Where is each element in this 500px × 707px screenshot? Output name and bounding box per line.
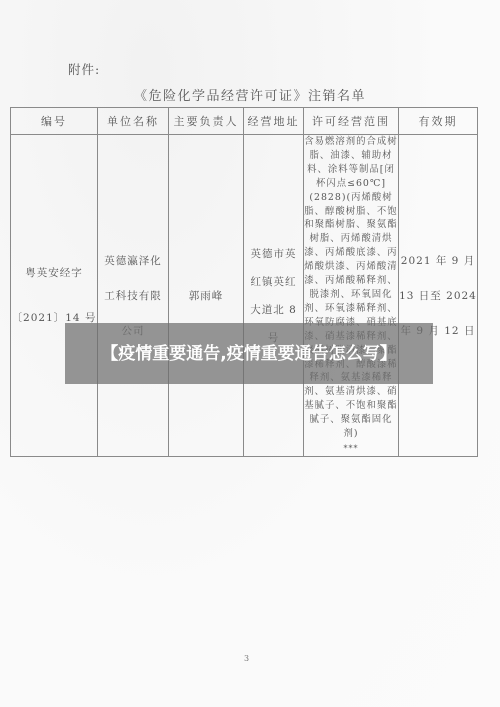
validity-line: 2021 年 9 月	[401, 253, 475, 268]
company-line: 工科技有限	[104, 288, 162, 303]
header-address: 经营地址	[244, 108, 304, 135]
address-line: 红镇英红	[251, 274, 297, 289]
header-number: 编号	[11, 108, 98, 135]
number-line: 粤英安经字	[25, 265, 83, 280]
revocation-list-table: 编号 单位名称 主要负责人 经营地址 许可经营范围 有效期 粤英安经字 〔202…	[10, 107, 478, 457]
validity-line: 13 日至 2024	[399, 288, 477, 303]
caption-overlay: 【疫情重要通告,疫情重要通告怎么写】	[65, 323, 433, 384]
header-validity: 有效期	[399, 108, 478, 135]
header-principal: 主要负责人	[169, 108, 244, 135]
scope-more: ***	[304, 442, 398, 456]
scope-text: 含易燃溶剂的合成树脂、油漆、辅助材料、涂料等制品[闭杯闪点≤60℃](2828)…	[304, 136, 397, 439]
company-line: 英德瀛泽化	[104, 253, 162, 268]
cell-address: 英德市英 红镇英红 大道北 8 号	[244, 135, 304, 457]
header-company: 单位名称	[98, 108, 169, 135]
table-header-row: 编号 单位名称 主要负责人 经营地址 许可经营范围 有效期	[11, 108, 478, 135]
cell-scope: 含易燃溶剂的合成树脂、油漆、辅助材料、涂料等制品[闭杯闪点≤60℃](2828)…	[304, 135, 399, 457]
document-title: 《危险化学品经营许可证》注销名单	[0, 85, 500, 104]
address-line: 大道北 8	[250, 302, 297, 317]
address-line: 英德市英	[251, 246, 297, 261]
attachment-label: 附件:	[68, 60, 100, 78]
cell-number: 粤英安经字 〔2021〕14 号	[11, 135, 98, 457]
cell-company: 英德瀛泽化 工科技有限 公司	[98, 135, 169, 457]
table-row: 粤英安经字 〔2021〕14 号 英德瀛泽化 工科技有限 公司 郭雨峰 英德市英	[11, 135, 478, 457]
page-number: 3	[244, 654, 249, 663]
cell-validity: 2021 年 9 月 13 日至 2024 年 9 月 12 日	[399, 135, 478, 457]
caption-text: 【疫情重要通告,疫情重要通告怎么写】	[95, 343, 402, 365]
header-scope: 许可经营范围	[304, 108, 399, 135]
cell-principal: 郭雨峰	[169, 135, 244, 457]
